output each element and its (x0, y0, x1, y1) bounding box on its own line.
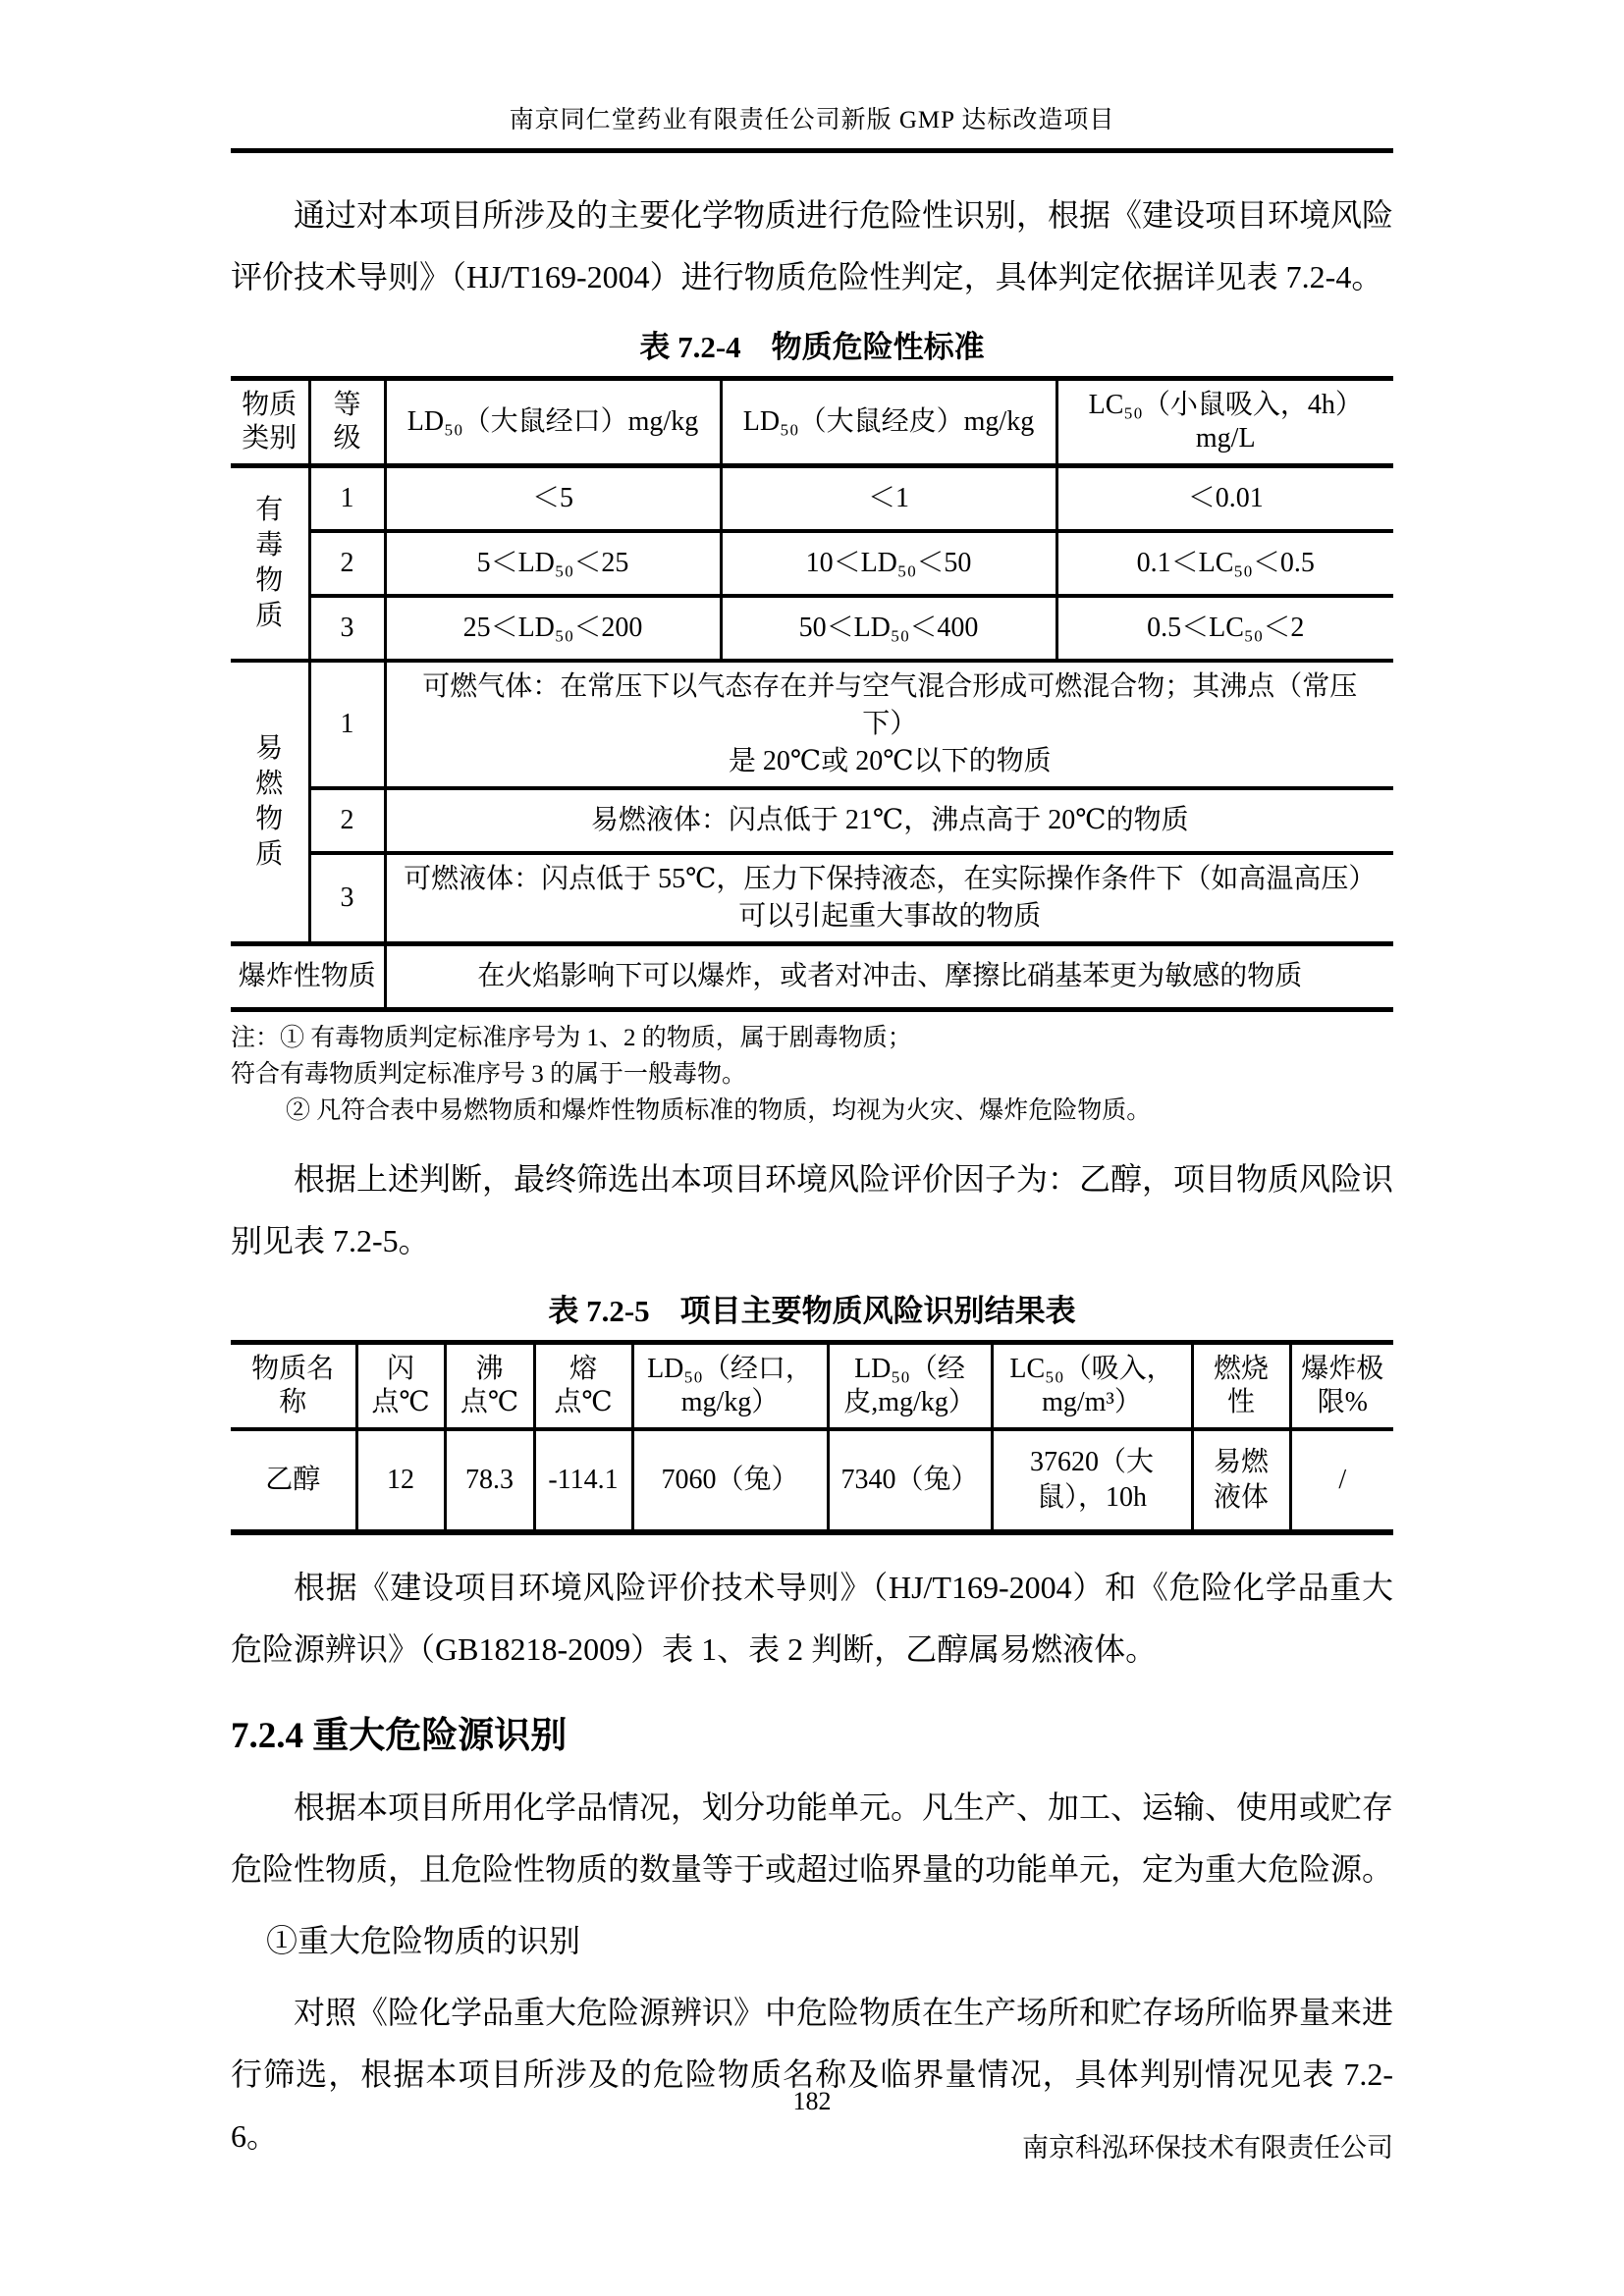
header-grade: 等 级 (309, 379, 385, 466)
table-cell: ＜1 (721, 466, 1056, 532)
table-cell: ＜5 (385, 466, 721, 532)
table-cell: 78.3 (445, 1429, 534, 1532)
table-row: 爆炸性物质 在火焰影响下可以爆炸，或者对冲击、摩擦比硝基苯更为敏感的物质 (231, 944, 1393, 1010)
header-rule (231, 148, 1393, 153)
table-cell: 1 (309, 466, 385, 532)
table-cell: 可燃气体：在常压下以气态存在并与空气混合形成可燃混合物；其沸点（常压 下） 是 … (385, 661, 1393, 788)
table-7-2-5-title: 表 7.2-5 项目主要物质风险识别结果表 (231, 1286, 1393, 1330)
table-cell: 3 (309, 853, 385, 944)
header-ld50-dermal: LD₅₀（经 皮,mg/kg） (828, 1343, 992, 1430)
paragraph-section-body1: 根据本项目所用化学品情况，划分功能单元。凡生产、加工、运输、使用或贮存危险性物质… (231, 1777, 1393, 1900)
table-7-2-4-title: 表 7.2-4 物质危险性标准 (231, 322, 1393, 366)
header-substance-category: 物质 类别 (231, 379, 309, 466)
table-cell: 易燃 液体 (1192, 1429, 1290, 1532)
page-number: 182 (231, 2087, 1393, 2116)
header-ld50-dermal: LD₅₀（大鼠经皮）mg/kg (721, 379, 1056, 466)
note-line: 符合有毒物质判定标准序号 3 的属于一般毒物。 (231, 1056, 1393, 1093)
table-row: 3 可燃液体：闪点低于 55℃，压力下保持液态，在实际操作条件下（如高温高压） … (231, 853, 1393, 944)
paragraph-after-table2: 根据《建设项目环境风险评价技术导则》（HJ/T169-2004）和《危险化学品重… (231, 1557, 1393, 1681)
header-ld50-oral: LD₅₀（经口， mg/kg） (632, 1343, 828, 1430)
table-7-2-5: 物质名 称 闪 点℃ 沸 点℃ 熔 点℃ LD₅₀（经口， mg/kg） LD₅… (231, 1340, 1393, 1535)
footer-company: 南京科泓环保技术有限责任公司 (231, 2126, 1393, 2164)
table-cell: 易燃液体：闪点低于 21℃，沸点高于 20℃的物质 (385, 788, 1393, 853)
header-flammability: 燃烧 性 (1192, 1343, 1290, 1430)
header-substance-name: 物质名 称 (231, 1343, 356, 1430)
header-boiling-point: 沸 点℃ (445, 1343, 534, 1430)
table-cell: 可燃液体：闪点低于 55℃，压力下保持液态，在实际操作条件下（如高温高压） 可以… (385, 853, 1393, 944)
table-cell: 50＜LD₅₀＜400 (721, 596, 1056, 661)
table-cell: 1 (309, 661, 385, 788)
header-lc50-inhale: LC₅₀（小鼠吸入，4h）mg/L (1056, 379, 1393, 466)
table-7-2-4: 物质 类别 等 级 LD₅₀（大鼠经口）mg/kg LD₅₀（大鼠经皮）mg/k… (231, 376, 1393, 1012)
document-page: 南京同仁堂药业有限责任公司新版 GMP 达标改造项目 通过对本项目所涉及的主要化… (0, 0, 1624, 2296)
table-cell: 2 (309, 788, 385, 853)
table-cell: 在火焰影响下可以爆炸，或者对冲击、摩擦比硝基苯更为敏感的物质 (385, 944, 1393, 1010)
paragraph-intro: 通过对本项目所涉及的主要化学物质进行危险性识别，根据《建设项目环境风险评价技术导… (231, 185, 1393, 308)
table-row: 有 毒 物 质 1 ＜5 ＜1 ＜0.01 (231, 466, 1393, 532)
note-line: ② 凡符合表中易燃物质和爆炸性物质标准的物质，均视为火灾、爆炸危险物质。 (231, 1093, 1393, 1129)
explosive-substance-label: 爆炸性物质 (231, 944, 385, 1010)
paragraph-item1-label: ①重大危险物质的识别 (231, 1910, 1393, 1972)
table-row: 2 5＜LD₅₀＜25 10＜LD₅₀＜50 0.1＜LC₅₀＜0.5 (231, 531, 1393, 596)
table-cell: ＜0.01 (1056, 466, 1393, 532)
flammable-substance-label: 易 燃 物 质 (231, 661, 309, 944)
table-cell: 2 (309, 531, 385, 596)
table-row: 易 燃 物 质 1 可燃气体：在常压下以气态存在并与空气混合形成可燃混合物；其沸… (231, 661, 1393, 788)
section-heading: 7.2.4 重大危险源识别 (231, 1714, 1393, 1759)
table-cell: 7340（兔） (828, 1429, 992, 1532)
table-cell: 5＜LD₅₀＜25 (385, 531, 721, 596)
header-ld50-oral: LD₅₀（大鼠经口）mg/kg (385, 379, 721, 466)
header-flash-point: 闪 点℃ (356, 1343, 445, 1430)
table-cell: -114.1 (534, 1429, 632, 1532)
header-melting-point: 熔 点℃ (534, 1343, 632, 1430)
table-row: 乙醇 12 78.3 -114.1 7060（兔） 7340（兔） 37620（… (231, 1429, 1393, 1532)
paragraph-after-table1: 根据上述判断，最终筛选出本项目环境风险评价因子为：乙醇，项目物质风险识别见表 7… (231, 1148, 1393, 1272)
table-cell: / (1290, 1429, 1393, 1532)
table-cell: 7060（兔） (632, 1429, 828, 1532)
note-line: 注：① 有毒物质判定标准序号为 1、2 的物质，属于剧毒物质； (231, 1020, 1393, 1056)
table-row: 2 易燃液体：闪点低于 21℃，沸点高于 20℃的物质 (231, 788, 1393, 853)
table-cell: 37620（大 鼠），10h (992, 1429, 1192, 1532)
table-cell: 12 (356, 1429, 445, 1532)
table-cell: 3 (309, 596, 385, 661)
table-header-row: 物质名 称 闪 点℃ 沸 点℃ 熔 点℃ LD₅₀（经口， mg/kg） LD₅… (231, 1343, 1393, 1430)
table-cell: 25＜LD₅₀＜200 (385, 596, 721, 661)
header-explosion-limit: 爆炸极 限% (1290, 1343, 1393, 1430)
table-notes: 注：① 有毒物质判定标准序号为 1、2 的物质，属于剧毒物质； 符合有毒物质判定… (231, 1020, 1393, 1129)
table-cell: 乙醇 (231, 1429, 356, 1532)
table-header-row: 物质 类别 等 级 LD₅₀（大鼠经口）mg/kg LD₅₀（大鼠经皮）mg/k… (231, 379, 1393, 466)
table-cell: 0.1＜LC₅₀＜0.5 (1056, 531, 1393, 596)
table-row: 3 25＜LD₅₀＜200 50＜LD₅₀＜400 0.5＜LC₅₀＜2 (231, 596, 1393, 661)
table-cell: 10＜LD₅₀＜50 (721, 531, 1056, 596)
running-header: 南京同仁堂药业有限责任公司新版 GMP 达标改造项目 (231, 106, 1393, 135)
table-cell: 0.5＜LC₅₀＜2 (1056, 596, 1393, 661)
header-lc50-inhale: LC₅₀（吸入， mg/m³） (992, 1343, 1192, 1430)
toxic-substance-label: 有 毒 物 质 (231, 466, 309, 662)
